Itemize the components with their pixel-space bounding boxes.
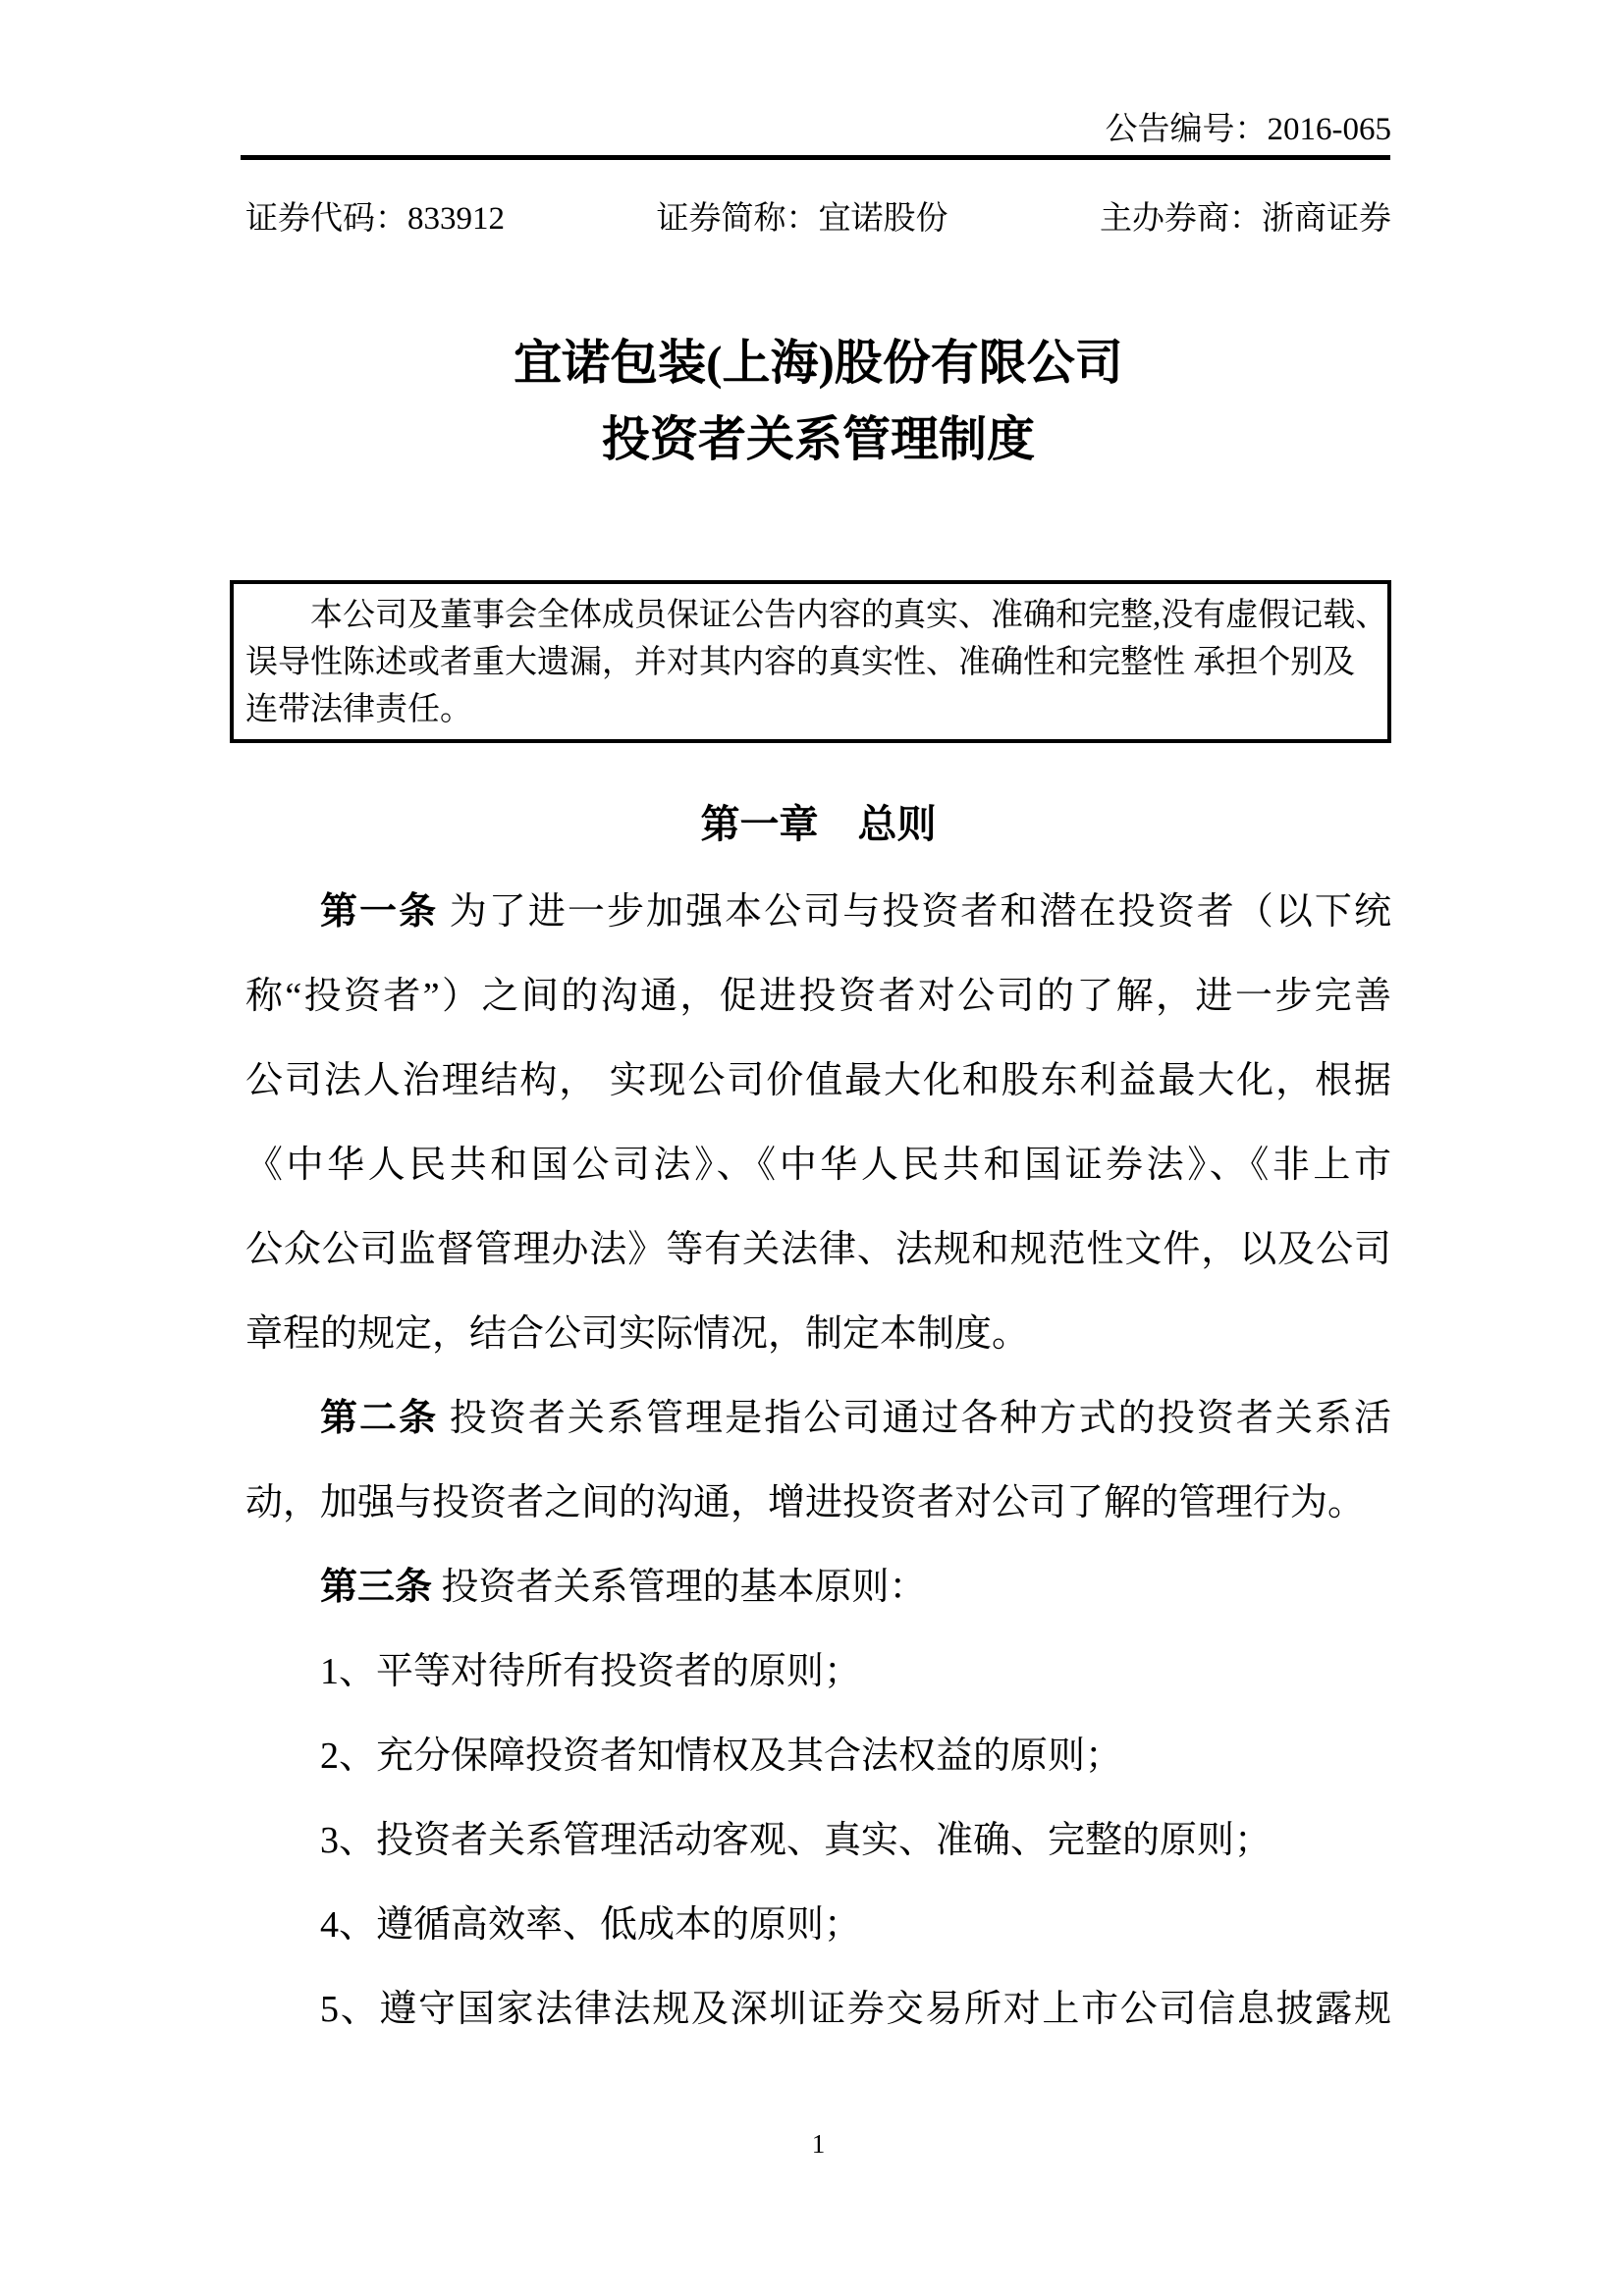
body-line: 公众公司监督管理办法》等有关法律、法规和规范性文件，以及公司 (245, 1207, 1391, 1292)
sponsor-broker: 主办券商：浙商证券 (1100, 199, 1391, 239)
body-line-text: 公司法人治理结构， 实现公司价值最大化和股东利益最大化，根据 (245, 1060, 1391, 1101)
body-line-text: 称“投资者”）之间的沟通，促进投资者对公司的了解，进一步完善 (245, 976, 1391, 1017)
article-number: 第三条 (320, 1567, 432, 1608)
list-item: 4、遵循高效率、低成本的原则； (245, 1883, 1391, 1967)
document-subtitle: 投资者关系管理制度 (245, 411, 1391, 468)
body-line-text: 动，加强与投资者之间的沟通，增进投资者对公司了解的管理行为。 (245, 1482, 1365, 1523)
body-line-text: 投资者关系管理的基本原则： (432, 1567, 927, 1608)
list-item: 2、充分保障投资者知情权及其合法权益的原则； (245, 1714, 1391, 1798)
disclaimer-line: 本公司及董事会全体成员保证公告内容的真实、准确和完整,没有虚假记载、 (245, 592, 1376, 639)
header-rule (241, 155, 1390, 160)
list-item: 1、平等对待所有投资者的原则； (245, 1629, 1391, 1714)
disclaimer-line: 连带法律责任。 (245, 686, 1376, 733)
body-line: 《中华人民共和国公司法》、《中华人民共和国证券法》、《非上市 (245, 1123, 1391, 1207)
body-line-text: 2、充分保障投资者知情权及其合法权益的原则； (320, 1735, 1122, 1777)
body-line: 称“投资者”）之间的沟通，促进投资者对公司的了解，进一步完善 (245, 954, 1391, 1039)
body-line-text: 公众公司监督管理办法》等有关法律、法规和规范性文件，以及公司 (245, 1229, 1391, 1270)
stock-code: 证券代码：833912 (245, 199, 505, 239)
article-number: 第二条 (320, 1398, 438, 1439)
stock-short-name: 证券简称：宜诺股份 (657, 199, 948, 239)
body-text: 第一条 为了进一步加强本公司与投资者和潜在投资者（以下统 称“投资者”）之间的沟… (245, 870, 1391, 2052)
page-number: 1 (245, 2128, 1391, 2160)
body-line-text: 4、遵循高效率、低成本的原则； (320, 1904, 861, 1946)
body-line: 动，加强与投资者之间的沟通，增进投资者对公司了解的管理行为。 (245, 1461, 1391, 1545)
body-line-text: 5、遵守国家法律法规及深圳证券交易所对上市公司信息披露规 (320, 1989, 1391, 2030)
list-item: 3、投资者关系管理活动客观、真实、准确、完整的原则； (245, 1798, 1391, 1883)
document-title: 宜诺包装(上海)股份有限公司 (245, 335, 1391, 392)
body-line: 第二条 投资者关系管理是指公司通过各种方式的投资者关系活 (245, 1376, 1391, 1461)
body-line: 第三条 投资者关系管理的基本原则： (245, 1545, 1391, 1629)
disclaimer-line: 误导性陈述或者重大遗漏，并对其内容的真实性、准确性和完整性 承担个别及 (245, 639, 1376, 686)
announcement-number: 公告编号：2016-065 (245, 110, 1391, 149)
body-line-text: 章程的规定，结合公司实际情况，制定本制度。 (245, 1313, 1029, 1355)
body-line-text: 3、投资者关系管理活动客观、真实、准确、完整的原则； (320, 1820, 1272, 1861)
article-number: 第一条 (320, 891, 438, 933)
chapter-heading: 第一章 总则 (245, 801, 1391, 848)
securities-info-row: 证券代码：833912 证券简称：宜诺股份 主办券商：浙商证券 (245, 199, 1391, 239)
list-item: 5、遵守国家法律法规及深圳证券交易所对上市公司信息披露规 (245, 1967, 1391, 2052)
document-page: 公告编号：2016-065 证券代码：833912 证券简称：宜诺股份 主办券商… (0, 0, 1624, 2296)
body-line-text: 《中华人民共和国公司法》、《中华人民共和国证券法》、《非上市 (245, 1145, 1391, 1186)
body-line-text: 1、平等对待所有投资者的原则； (320, 1651, 861, 1692)
body-line: 第一条 为了进一步加强本公司与投资者和潜在投资者（以下统 (245, 870, 1391, 954)
body-line: 公司法人治理结构， 实现公司价值最大化和股东利益最大化，根据 (245, 1039, 1391, 1123)
disclaimer-box: 本公司及董事会全体成员保证公告内容的真实、准确和完整,没有虚假记载、 误导性陈述… (230, 580, 1391, 743)
body-line-text: 为了进一步加强本公司与投资者和潜在投资者（以下统 (438, 891, 1391, 933)
body-line-text: 投资者关系管理是指公司通过各种方式的投资者关系活 (438, 1398, 1391, 1439)
body-line: 章程的规定，结合公司实际情况，制定本制度。 (245, 1292, 1391, 1376)
